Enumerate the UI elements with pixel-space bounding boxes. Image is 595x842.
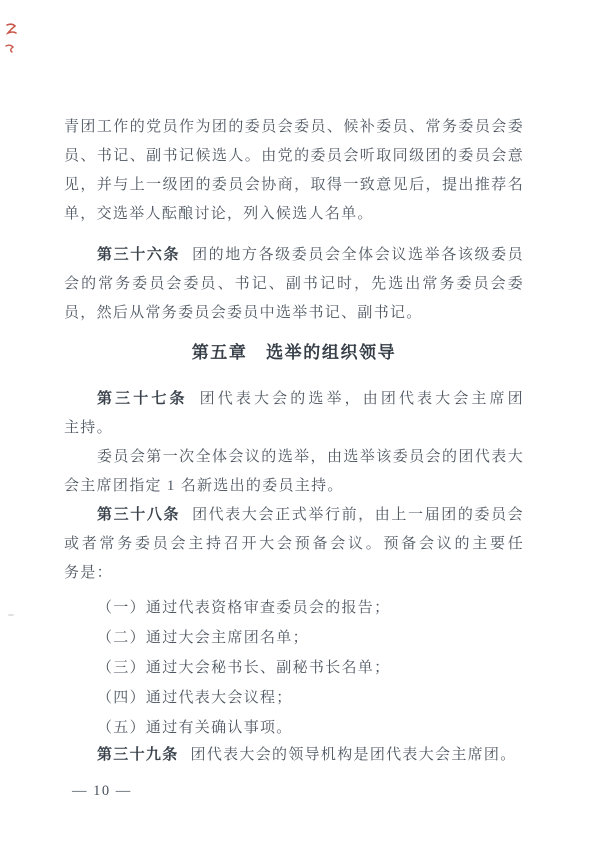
body-line: 见，并与上一级团的委员会协商，取得一致意见后，提出推荐名 <box>64 171 524 200</box>
body-line: 第三十八条团代表大会正式举行前，由上一届团的委员会 <box>64 501 524 530</box>
agenda-item: （一）通过代表资格审查委员会的报告； <box>64 593 524 623</box>
body-line: 单，交选举人酝酿讨论，列入候选人名单。 <box>64 200 524 229</box>
paragraph-continuation: 青团工作的党员作为团的委员会委员、候补委员、常务委员会委 员、书记、副书记候选人… <box>64 113 524 229</box>
article-37: 第三十七条团代表大会的选举，由团代表大会主席团 主持。 <box>64 385 524 443</box>
page-number: — 10 — <box>72 783 132 800</box>
agenda-item: （二）通过大会主席团名单； <box>64 623 524 653</box>
document-page: 青团工作的党员作为团的委员会委员、候补委员、常务委员会委 员、书记、副书记候选人… <box>0 0 595 842</box>
body-line: 第三十九条团代表大会的领导机构是团代表大会主席团。 <box>64 741 524 770</box>
red-pen-mark-icon <box>3 22 23 58</box>
chapter-heading: 第五章 选举的组织领导 <box>64 342 524 364</box>
agenda-item: （三）通过大会秘书长、副秘书长名单； <box>64 653 524 683</box>
agenda-item: （四）通过代表大会议程； <box>64 683 524 713</box>
article-39: 第三十九条团代表大会的领导机构是团代表大会主席团。 <box>64 741 524 770</box>
article-number-label: 第三十八条 <box>97 507 180 523</box>
body-line: 员、书记、副书记候选人。由党的委员会听取同级团的委员会意 <box>64 142 524 171</box>
article-36: 第三十六条团的地方各级委员会全体会议选举各该级委员 会的常务委员会委员、书记、副… <box>64 241 524 328</box>
agenda-list: （一）通过代表资格审查委员会的报告； （二）通过大会主席团名单； （三）通过大会… <box>64 593 524 743</box>
paragraph-first-plenary: 委员会第一次全体会议的选举，由选举该委员会的团代表大 会主席团指定 1 名新选出… <box>64 443 524 501</box>
article-number-label: 第三十九条 <box>97 747 179 763</box>
article-text: 团代表大会的领导机构是团代表大会主席团。 <box>191 747 517 763</box>
article-number-label: 第三十七条 <box>97 391 188 407</box>
body-line: 或者常务委员会主持召开大会预备会议。预备会议的主要任 <box>64 530 524 559</box>
agenda-item: （五）通过有关确认事项。 <box>64 713 524 743</box>
article-text: 团的地方各级委员会全体会议选举各该级委员 <box>192 247 524 263</box>
article-text: 团代表大会正式举行前，由上一届团的委员会 <box>192 507 524 523</box>
body-line: 务是： <box>64 559 524 588</box>
body-line: 第三十六条团的地方各级委员会全体会议选举各该级委员 <box>64 241 524 270</box>
body-line: 青团工作的党员作为团的委员会委员、候补委员、常务委员会委 <box>64 113 524 142</box>
article-38: 第三十八条团代表大会正式举行前，由上一届团的委员会 或者常务委员会主持召开大会预… <box>64 501 524 588</box>
body-line: 员，然后从常务委员会委员中选举书记、副书记。 <box>64 299 524 328</box>
scan-speck <box>8 614 14 616</box>
article-text: 团代表大会的选举，由团代表大会主席团 <box>200 391 524 407</box>
body-line: 会的常务委员会委员、书记、副书记时，先选出常务委员会委 <box>64 270 524 299</box>
body-line: 会主席团指定 1 名新选出的委员主持。 <box>64 472 524 501</box>
body-line: 主持。 <box>64 414 524 443</box>
article-number-label: 第三十六条 <box>97 247 180 263</box>
body-line: 第三十七条团代表大会的选举，由团代表大会主席团 <box>64 385 524 414</box>
body-line: 委员会第一次全体会议的选举，由选举该委员会的团代表大 <box>64 443 524 472</box>
